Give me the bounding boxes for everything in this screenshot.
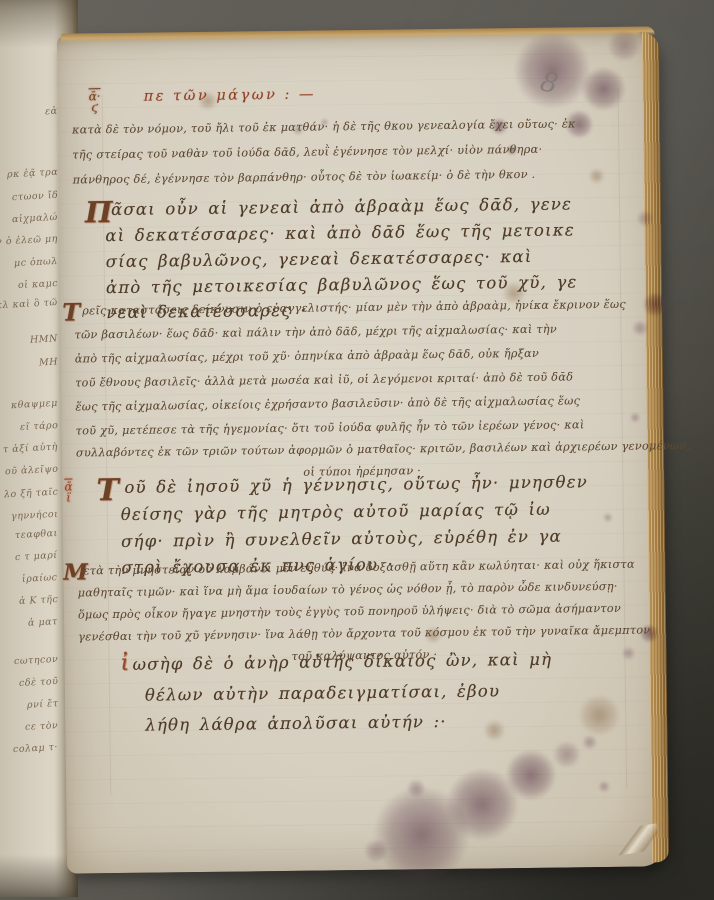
verse-line: θέλων αὐτὴν παραδειγματίσαι, ἐβου (145, 681, 500, 704)
section-sub: ϊ (66, 491, 71, 505)
gutter-text-fragment: τ ἀξί αὐτὴ (3, 442, 58, 456)
gutter-text-fragment: ἀ Κ τῆϲ (18, 594, 58, 607)
commentary-line: τῶν βασιλέων· ἕως δᾱδ· καὶ πάλιν τὴν ἀπὸ… (74, 323, 557, 342)
gutter-text-fragment: ΗΜΝ (30, 333, 58, 345)
verse-line: ᾶσαι οὖν αἱ γενεαὶ ἀπὸ ἀβραὰμ ἕως δᾱδ, γ… (111, 194, 572, 219)
commentary-line: τοῦ χῦ, μετέπεσε τὰ τῆς ἡγεμονίας· ὅτι τ… (76, 418, 585, 437)
gutter-text-fragment: γηννήϲοι (10, 509, 58, 522)
commentary-line: τῆς στείρας τοῦ ναθὰν τοῦ ἰούδα δᾱδ, λευ… (72, 143, 542, 162)
manuscript-photo: εἀ ρκ ἐᾷ τρα ϲτωον ἴδ αἰχμαλώ ν ὁ ἐλεῶ μ… (0, 0, 714, 900)
purple-stain (631, 320, 648, 335)
purple-stain (552, 741, 582, 767)
commentary-line: ἕως τῆς αἰχμαλωσίας, οἰκείοις ἐχρήσαντο … (75, 394, 580, 413)
gutter-text-fragment: ὃ κλ καὶ ὃ τῶ (0, 297, 58, 312)
verse-line: θείσης γὰρ τῆς μητρὸς αὐτοῦ μαρίας τῷ ἰω (121, 500, 551, 524)
gutter-text-fragment: ϲτωον ἴδ (11, 190, 58, 203)
kephalaion-sub: ϛ (91, 100, 98, 114)
gutter-text-fragment: ρκ ἐᾷ τρα (7, 167, 59, 181)
gutter-text-fragment: ν ὁ ἐλεῶ μη (0, 233, 58, 247)
purple-stain (580, 67, 627, 112)
chapter-title: πε τῶν μάγων : — (144, 87, 316, 105)
gutter-text-fragment: μϲ ὀπωλ (14, 256, 58, 269)
foxing-spot (589, 169, 605, 183)
purple-stain (504, 750, 559, 801)
gutter-text-fragment: ρνί ἔτ (26, 698, 58, 711)
verse-line: σήφ· πρὶν ἢ συνελθεῖν αὐτοὺς, εὑρέθη ἐν … (121, 527, 562, 551)
drop-cap-tau: Τ (62, 297, 80, 326)
gutter-text-fragment: ϲολαμ τ· (13, 742, 58, 755)
verse-line: ωσὴφ δὲ ὁ ἀνὴρ αὐτῆς δίκαιος ὢν, καὶ μὴ (132, 650, 552, 674)
gutter-text-fragment: ϲ τ μαρί (15, 550, 58, 563)
section-numeral: ᾱ ϊ (64, 482, 72, 504)
verse-line: σίας βαβυλῶνος, γενεαὶ δεκατέσσαρες· καὶ (106, 247, 533, 271)
commentary-line: πάνθηρος δέ, ἐγέννησε τὸν βαρπάνθηρ· οὗτ… (73, 168, 536, 187)
gutter-text-fragment: κθαψμεμ (11, 398, 58, 411)
gutter-text-fragment: ἰραίωϲ (22, 572, 58, 585)
verse-line: λήθη λάθρα ἀπολῦσαι αὐτήν :· (145, 712, 447, 735)
commentary-line: μαθηταῖς τιμῶν· καὶ ἵνα μὴ ἅμα ἰουδαίων … (78, 580, 618, 600)
purple-stain (630, 413, 641, 423)
purple-stain (406, 779, 426, 797)
gutter-text-fragment: ἀ ματ (28, 616, 58, 629)
commentary-line: ἀπὸ τῆς αἰχμαλωσίας, μέχρι τοῦ χῦ· ὁπηνί… (75, 347, 539, 366)
foxing-spot (483, 720, 505, 740)
commentary-line: ὅμως πρὸς οἶκον ἤγαγε μνηστὴν τοὺς ἐγγὺς… (78, 602, 621, 622)
purple-stain (606, 31, 642, 61)
gutter-text-fragment: εἀ (45, 106, 58, 118)
drop-cap-tau: Τ (96, 473, 119, 508)
purple-stain (598, 781, 610, 792)
gutter-text-fragment: ΜΗ (39, 357, 59, 369)
drop-cap-iota: ἰ (120, 651, 129, 676)
kephalaion-numeral: ᾱ· ϛ (89, 91, 101, 113)
gutter-text-fragment: ϲδὲ τοῦ (18, 676, 58, 689)
gutter-text-fragment: τεαφθαι (15, 528, 58, 541)
commentary-line: τοῦ ἔθνους βασιλεῖς· ἀλλὰ μετὰ μωσέα καὶ… (75, 370, 573, 389)
commentary-line: συλλαβόντες ἐκ τῶν τριῶν τούτων ἀφορμῶν … (76, 439, 690, 460)
gutter-text-fragment: ϲωτηϲον (13, 654, 58, 667)
commentary-line: ρεῖς καταστάσεις δείκνυσιν ὁ εὐαγγελιστή… (82, 298, 626, 318)
drop-cap-pi: Π (85, 195, 113, 229)
gutter-text-fragment: αἰχμαλώ (12, 212, 58, 225)
manuscript-page: 8 ᾱ· ϛ πε τῶν μάγων : — κατὰ δὲ τὸν νόμο… (57, 28, 667, 873)
purple-stain (642, 292, 668, 316)
gutter-text-fragment: οἱ καμϲ (18, 278, 59, 291)
foxing-spot (577, 695, 621, 736)
verse-line: αὶ δεκατέσσαρες· καὶ ἀπὸ δᾱδ ἕως τῆς μετ… (105, 220, 575, 245)
gutter-text-fragment: λο ξῆ ταῖϲ (3, 487, 58, 501)
commentary-line: γενέσθαι τὴν τοῦ χῦ γέννησιν· ἵνα λάθῃ τ… (78, 623, 650, 643)
purple-stain (581, 735, 597, 749)
gutter-text-fragment: οῦ ἀλεῖψο (4, 464, 58, 478)
gutter-text-fragment: ϲε τὸν (25, 720, 59, 733)
purple-stain (603, 513, 613, 522)
gutter-text-fragment: εῖ τάρο (19, 420, 58, 433)
